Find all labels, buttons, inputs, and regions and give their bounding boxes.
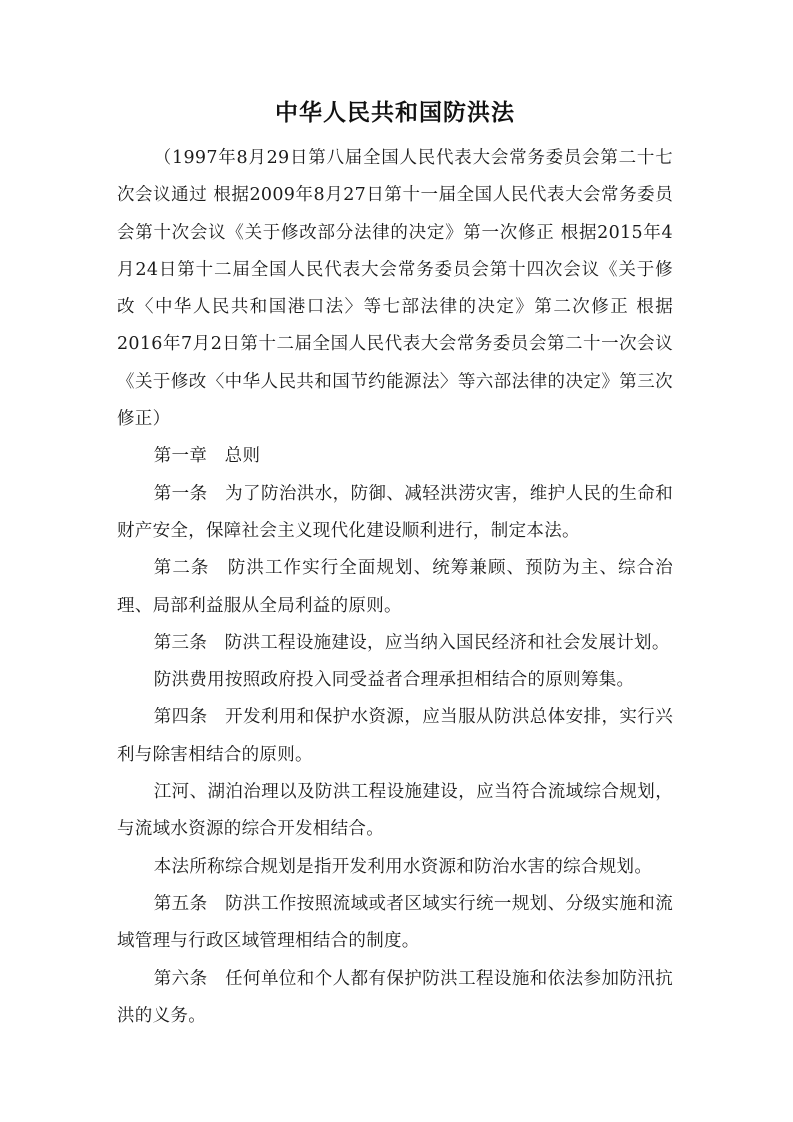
- chapter-number: 第一章: [154, 446, 207, 466]
- preamble: （1997年8月29日第八届全国人民代表大会常务委员会第二十七次会议通过 根据2…: [117, 140, 673, 438]
- article-label: 第一条: [154, 484, 208, 504]
- chapter-heading: 第一章总则: [117, 438, 673, 475]
- article-2: 第二条防洪工作实行全面规划、统筹兼顾、预防为主、综合治理、局部利益服从全局利益的…: [117, 550, 673, 625]
- document-page: 中华人民共和国防洪法 （1997年8月29日第八届全国人民代表大会常务委员会第二…: [117, 98, 673, 1035]
- article-6: 第六条任何单位和个人都有保护防洪工程设施和依法参加防汛抗洪的义务。: [117, 961, 673, 1036]
- article-3-paragraph-2: 防洪费用按照政府投入同受益者合理承担相结合的原则筹集。: [117, 662, 673, 699]
- article-label: 第三条: [154, 633, 207, 653]
- article-5: 第五条防洪工作按照流域或者区域实行统一规划、分级实施和流域管理与行政区域管理相结…: [117, 886, 673, 961]
- article-4-paragraph-2: 江河、湖泊治理以及防洪工程设施建设，应当符合流域综合规划，与流域水资源的综合开发…: [117, 774, 673, 849]
- article-label: 第二条: [154, 558, 210, 578]
- article-label: 第五条: [154, 894, 208, 914]
- article-1: 第一条为了防治洪水，防御、减轻洪涝灾害，维护人民的生命和财产安全，保障社会主义现…: [117, 476, 673, 551]
- article-text: 防洪工程设施建设，应当纳入国民经济和社会发展计划。: [225, 633, 670, 653]
- article-4-paragraph-3: 本法所称综合规划是指开发利用水资源和防治水害的综合规划。: [117, 849, 673, 886]
- article-label: 第四条: [154, 707, 208, 727]
- document-title: 中华人民共和国防洪法: [117, 98, 673, 128]
- chapter-name: 总则: [225, 446, 261, 466]
- article-label: 第六条: [154, 969, 208, 989]
- article-3: 第三条防洪工程设施建设，应当纳入国民经济和社会发展计划。: [117, 625, 673, 662]
- article-4: 第四条开发利用和保护水资源，应当服从防洪总体安排，实行兴利与除害相结合的原则。: [117, 699, 673, 774]
